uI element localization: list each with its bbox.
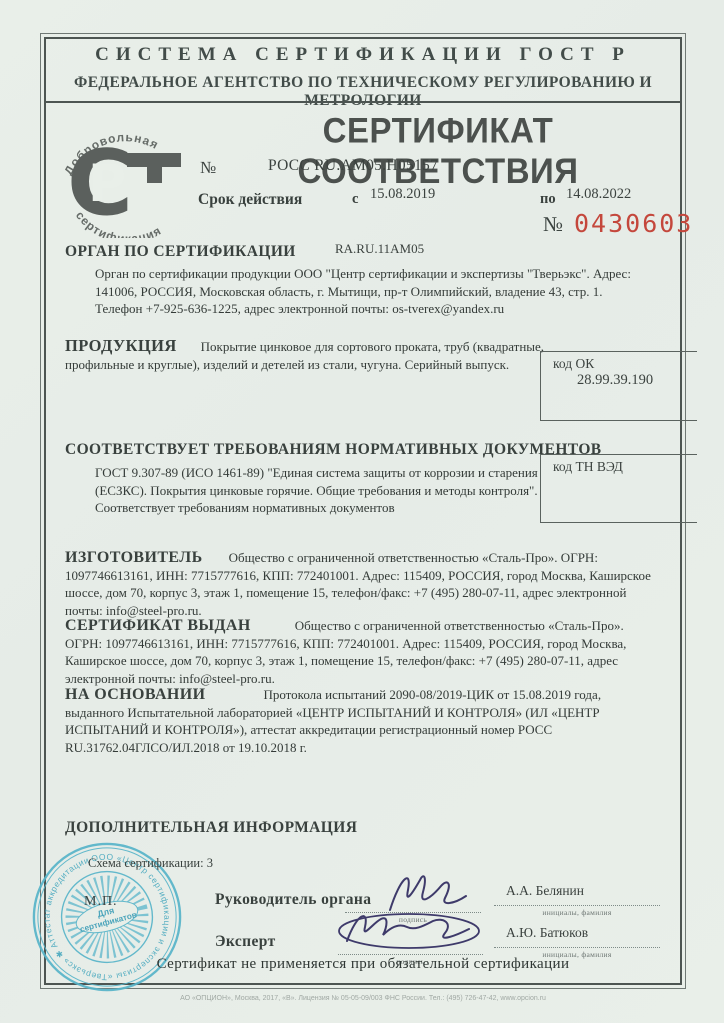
expert-name-line — [494, 947, 660, 948]
section-additional-title: ДОПОЛНИТЕЛЬНАЯ ИНФОРМАЦИЯ — [65, 819, 357, 837]
certificate-title: СЕРТИФИКАТ СООТВЕТСТВИЯ — [192, 111, 684, 192]
ok-code-box: код ОК 28.99.39.190 — [540, 351, 697, 421]
section-product: ПРОДУКЦИЯПокрытие цинковое для сортового… — [65, 337, 547, 373]
tnved-code-box: код ТН ВЭД — [540, 454, 697, 523]
section-manufacturer-title: ИЗГОТОВИТЕЛЬ — [65, 549, 203, 566]
organ-accreditation-code: RA.RU.11AM05 — [335, 241, 424, 257]
certificate-sheet: СИСТЕМА СЕРТИФИКАЦИИ ГОСТ Р ФЕДЕРАЛЬНОЕ … — [0, 0, 724, 1023]
printing-house-info: АО «ОПЦИОН», Москва, 2017, «В». Лицензия… — [40, 995, 686, 1002]
system-title: СИСТЕМА СЕРТИФИКАЦИИ ГОСТ Р — [40, 44, 686, 66]
head-name-line — [494, 905, 660, 906]
rst-mark-icon: С Р — [67, 131, 181, 236]
rst-logo: Добровольная сертификация С Р — [55, 104, 195, 238]
header-divider — [45, 101, 681, 103]
section-basis-title: НА ОСНОВАНИИ — [65, 686, 205, 703]
restriction-note: Сертификат не применяется при обязательн… — [40, 956, 686, 973]
stamp-place-label: М.П. — [84, 894, 118, 910]
ok-code-label: код ОК — [553, 356, 594, 372]
conformity-text: ГОСТ 9.307-89 (ИСО 1461-89) "Единая сист… — [95, 464, 540, 517]
head-name-caption: инициалы, фамилия — [494, 908, 660, 917]
section-conformity-title: СООТВЕТСТВУЕТ ТРЕБОВАНИЯМ НОРМАТИВНЫХ ДО… — [65, 441, 602, 459]
expert-signature-icon — [333, 903, 485, 955]
section-organ-title: ОРГАН ПО СЕРТИФИКАЦИИ — [65, 243, 296, 261]
cert-number-label: № — [200, 158, 216, 178]
blank-number: 0430603 — [574, 209, 693, 238]
svg-text:Р: Р — [88, 154, 126, 214]
section-manufacturer: ИЗГОТОВИТЕЛЬОбщество с ограниченной отве… — [65, 549, 657, 619]
expert-name: А.Ю. Батюков — [494, 925, 660, 941]
validity-to-label: по — [540, 191, 556, 208]
validity-from-date: 15.08.2019 — [370, 186, 435, 203]
tnved-code-label: код ТН ВЭД — [553, 459, 623, 475]
section-basis: НА ОСНОВАНИИПротокола испытаний 2090-08/… — [65, 686, 657, 756]
expert-role-label: Эксперт — [215, 933, 276, 951]
section-product-title: ПРОДУКЦИЯ — [65, 336, 177, 355]
validity-from-label: с — [352, 191, 358, 208]
cert-number-value: РОСС RU.АМ05.Н05157 — [268, 157, 438, 175]
blank-number-label: № — [543, 212, 563, 237]
validity-label: Срок действия — [198, 191, 302, 209]
section-issued-to: СЕРТИФИКАТ ВЫДАНОбщество с ограниченной … — [65, 617, 657, 687]
certification-scheme: Схема сертификации: 3 — [88, 856, 213, 871]
ok-code-value: 28.99.39.190 — [577, 372, 653, 389]
head-name: А.А. Белянин — [494, 883, 660, 899]
section-issued-to-title: СЕРТИФИКАТ ВЫДАН — [65, 617, 251, 634]
organ-text: Орган по сертификации продукции ООО "Цен… — [95, 265, 653, 318]
validity-to-date: 14.08.2022 — [566, 186, 631, 203]
